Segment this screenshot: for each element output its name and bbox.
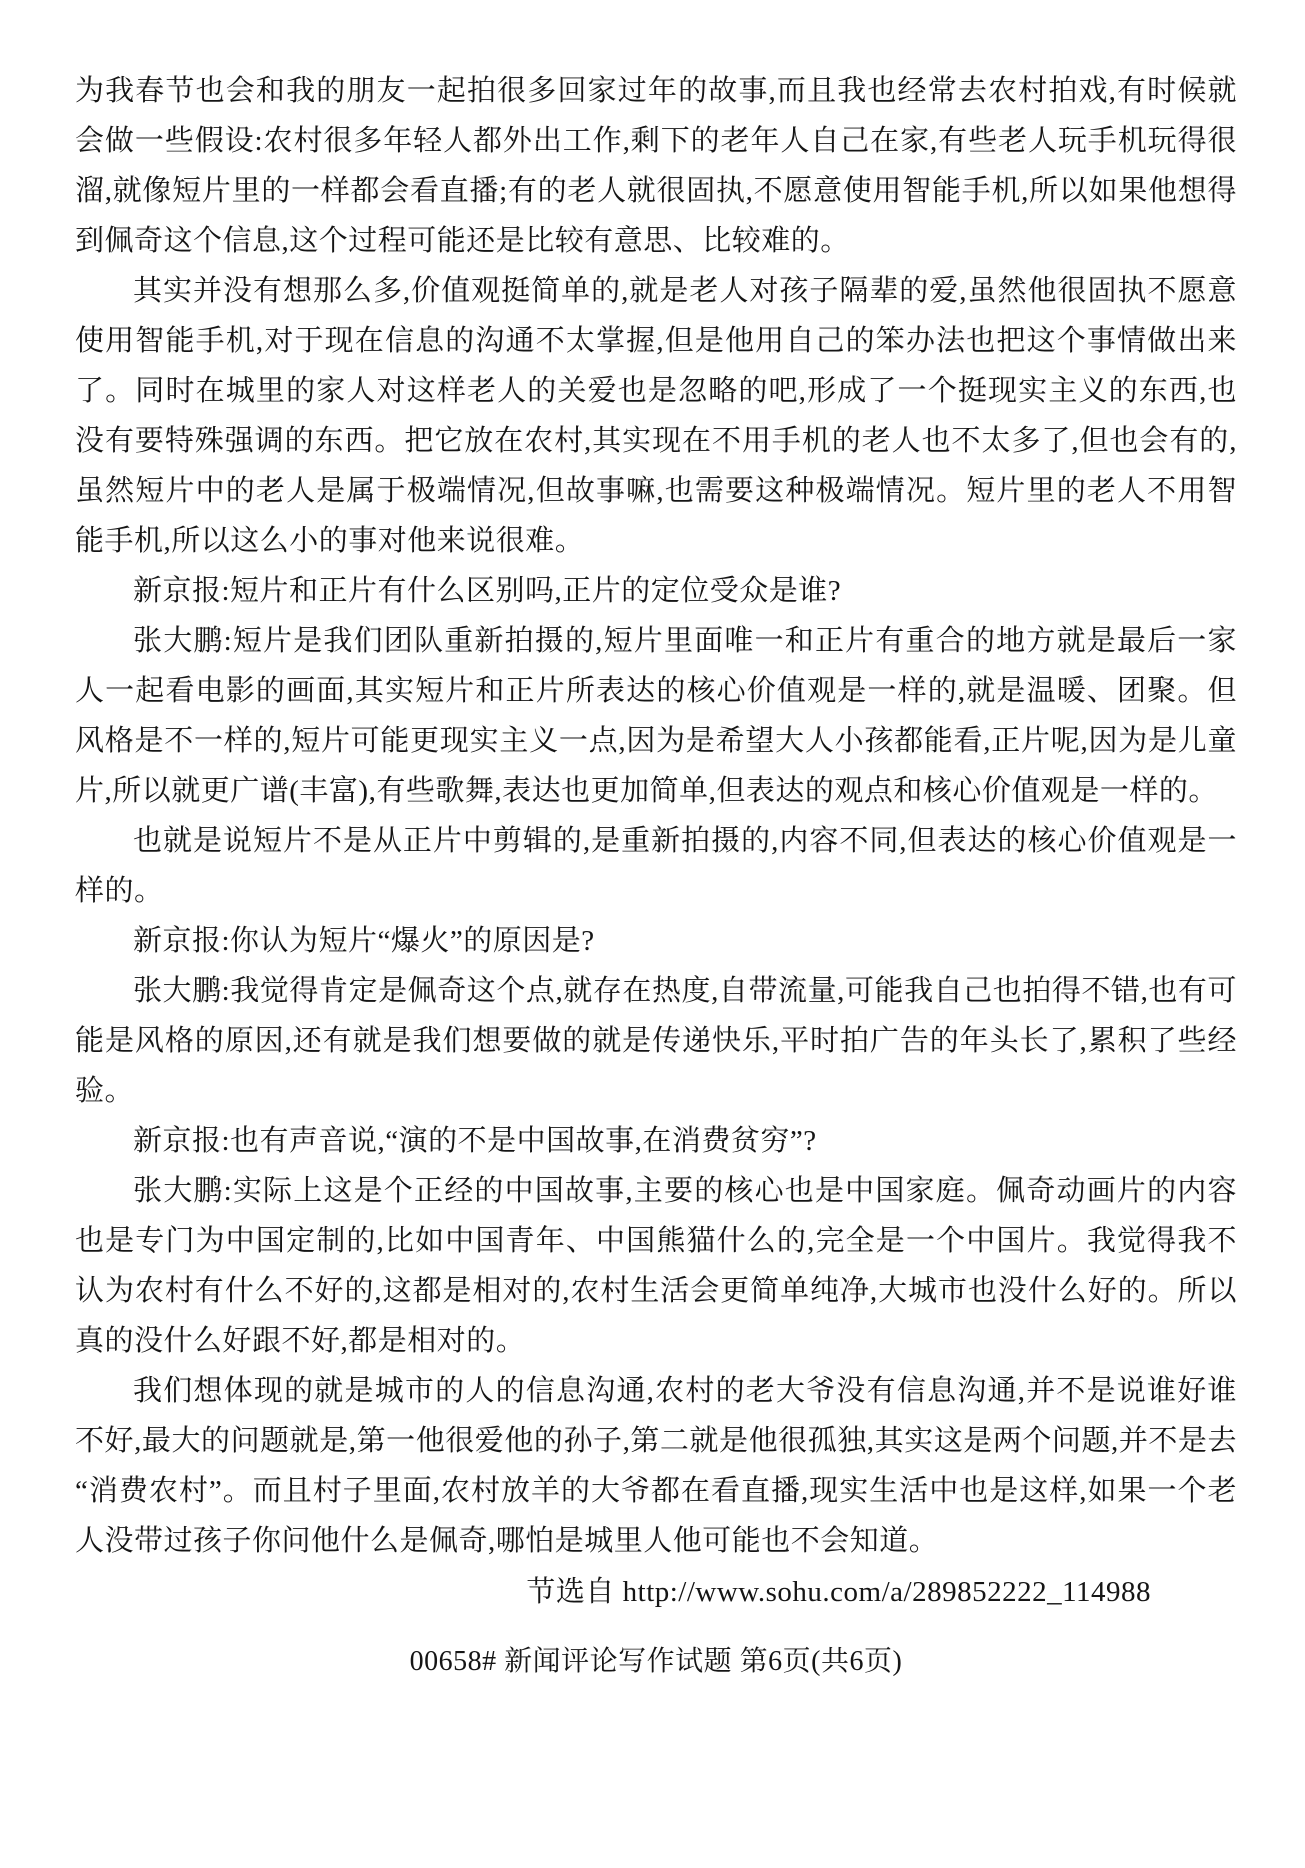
page-footer: 00658# 新闻评论写作试题 第6页(共6页) — [75, 1640, 1237, 1684]
interview-answer: 张大鹏:实际上这是个正经的中国故事,主要的核心也是中国家庭。佩奇动画片的内容也是… — [75, 1166, 1237, 1366]
interview-question: 新京报:你认为短片“爆火”的原因是? — [75, 916, 1237, 966]
interview-question: 新京报:也有声音说,“演的不是中国故事,在消费贫穷”? — [75, 1116, 1237, 1166]
source-attribution: 节选自 http://www.sohu.com/a/289852222_1149… — [75, 1566, 1237, 1618]
answer-paragraph: 其实并没有想那么多,价值观挺简单的,就是老人对孩子隔辈的爱,虽然他很固执不愿意使… — [75, 266, 1237, 566]
interview-answer: 张大鹏:短片是我们团队重新拍摄的,短片里面唯一和正片有重合的地方就是最后一家人一… — [75, 616, 1237, 816]
document-page: 为我春节也会和我的朋友一起拍很多回家过年的故事,而且我也经常去农村拍戏,有时候就… — [0, 0, 1305, 1868]
interview-question: 新京报:短片和正片有什么区别吗,正片的定位受众是谁? — [75, 566, 1237, 616]
interview-answer: 张大鹏:我觉得肯定是佩奇这个点,就存在热度,自带流量,可能我自己也拍得不错,也有… — [75, 966, 1237, 1116]
answer-paragraph: 我们想体现的就是城市的人的信息沟通,农村的老大爷没有信息沟通,并不是说谁好谁不好… — [75, 1366, 1237, 1566]
answer-paragraph: 也就是说短片不是从正片中剪辑的,是重新拍摄的,内容不同,但表达的核心价值观是一样… — [75, 816, 1237, 916]
document-body: 为我春节也会和我的朋友一起拍很多回家过年的故事,而且我也经常去农村拍戏,有时候就… — [75, 66, 1237, 1684]
body-paragraph-continuation: 为我春节也会和我的朋友一起拍很多回家过年的故事,而且我也经常去农村拍戏,有时候就… — [75, 66, 1237, 266]
